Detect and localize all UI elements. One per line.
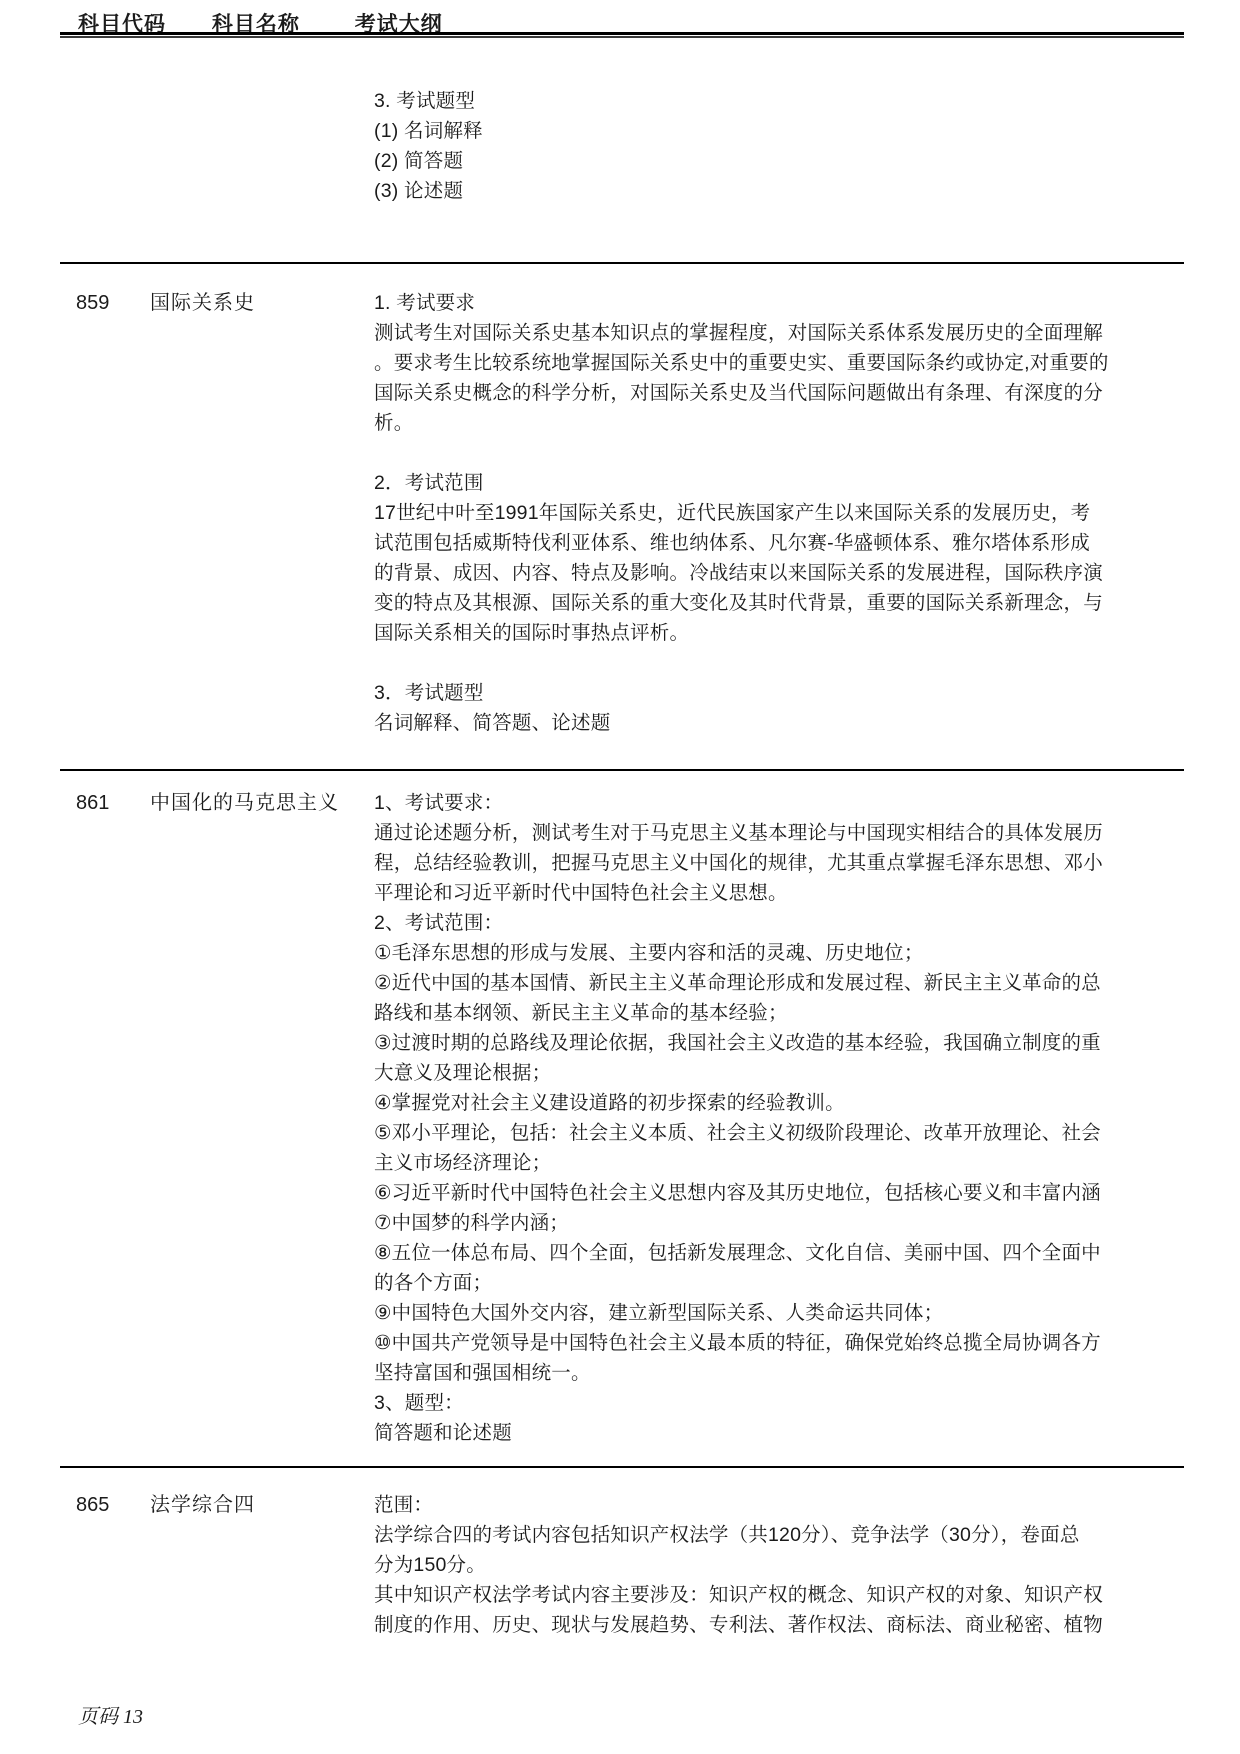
text-line: 程，总结经验教训，把握马克思主义中国化的规律，尤其重点掌握毛泽东思想、邓小 <box>374 848 1134 878</box>
section-divider <box>60 769 1184 771</box>
subject-code: 861 <box>76 788 109 818</box>
text-line: ⑩中国共产党领导是中国特色社会主义最本质的特征，确保党始终总揽全局协调各方 <box>374 1328 1134 1358</box>
text-line: 的各个方面； <box>374 1268 1134 1298</box>
text-line: ①毛泽东思想的形成与发展、主要内容和活的灵魂、历史地位； <box>374 938 1134 968</box>
text-line: (2) 简答题 <box>374 146 1134 176</box>
text-line: 通过论述题分析，测试考生对于马克思主义基本理论与中国现实相结合的具体发展历 <box>374 818 1134 848</box>
text-line: ⑨中国特色大国外交内容，建立新型国际关系、人类命运共同体； <box>374 1298 1134 1328</box>
text-line: ⑤邓小平理论，包括：社会主义本质、社会主义初级阶段理论、改革开放理论、社会 <box>374 1118 1134 1148</box>
text-line: (3) 论述题 <box>374 176 1134 206</box>
text-line: 名词解释、简答题、论述题 <box>374 708 1134 738</box>
text-line: 其中知识产权法学考试内容主要涉及：知识产权的概念、知识产权的对象、知识产权 <box>374 1580 1134 1610</box>
text-line: 平理论和习近平新时代中国特色社会主义思想。 <box>374 878 1134 908</box>
text-line: ④掌握党对社会主义建设道路的初步探索的经验教训。 <box>374 1088 1134 1118</box>
text-line <box>374 438 1134 468</box>
text-line: ⑦中国梦的科学内涵； <box>374 1208 1134 1238</box>
page-number: 页码 13 <box>78 1700 143 1729</box>
text-line: (1) 名词解释 <box>374 116 1134 146</box>
syllabus-text: 1、考试要求：通过论述题分析，测试考生对于马克思主义基本理论与中国现实相结合的具… <box>374 788 1134 1448</box>
text-line: 2、考试范围： <box>374 908 1134 938</box>
text-line: 17世纪中叶至1991年国际关系史，近代民族国家产生以来国际关系的发展历史，考 <box>374 498 1134 528</box>
subject-name: 中国化的马克思主义 <box>150 788 339 818</box>
text-line: 路线和基本纲领、新民主主义革命的基本经验； <box>374 998 1134 1028</box>
syllabus-text: 3. 考试题型(1) 名词解释(2) 简答题(3) 论述题 <box>374 86 1134 206</box>
text-line: 范围： <box>374 1490 1134 1520</box>
text-line: 1. 考试要求 <box>374 288 1134 318</box>
syllabus-text: 范围：法学综合四的考试内容包括知识产权法学（共120分）、竞争法学（30分），卷… <box>374 1490 1134 1640</box>
subject-code: 865 <box>76 1490 109 1520</box>
document-page: 科目代码 科目名称 考试大纲 3. 考试题型(1) 名词解释(2) 简答题(3)… <box>0 0 1240 1754</box>
text-line: 测试考生对国际关系史基本知识点的掌握程度，对国际关系体系发展历史的全面理解 <box>374 318 1134 348</box>
text-line: 变的特点及其根源、国际关系的重大变化及其时代背景，重要的国际关系新理念，与 <box>374 588 1134 618</box>
text-line: 大意义及理论根据； <box>374 1058 1134 1088</box>
text-line: ⑧五位一体总布局、四个全面，包括新发展理念、文化自信、美丽中国、四个全面中 <box>374 1238 1134 1268</box>
section-divider <box>60 1466 1184 1468</box>
subject-code: 859 <box>76 288 109 318</box>
text-line: 试范围包括威斯特伐利亚体系、维也纳体系、凡尔赛-华盛顿体系、雅尔塔体系形成 <box>374 528 1134 558</box>
text-line: 法学综合四的考试内容包括知识产权法学（共120分）、竞争法学（30分），卷面总 <box>374 1520 1134 1550</box>
text-line: 国际关系史概念的科学分析，对国际关系史及当代国际问题做出有条理、有深度的分 <box>374 378 1134 408</box>
subject-name: 国际关系史 <box>150 288 255 318</box>
text-line <box>374 648 1134 678</box>
text-line: 3．考试题型 <box>374 678 1134 708</box>
text-line: 分为150分。 <box>374 1550 1134 1580</box>
text-line: 坚持富国和强国相统一。 <box>374 1358 1134 1388</box>
text-line: 1、考试要求： <box>374 788 1134 818</box>
text-line: ③过渡时期的总路线及理论依据，我国社会主义改造的基本经验，我国确立制度的重 <box>374 1028 1134 1058</box>
text-line: ⑥习近平新时代中国特色社会主义思想内容及其历史地位，包括核心要义和丰富内涵 <box>374 1178 1134 1208</box>
text-line: 3、题型： <box>374 1388 1134 1418</box>
text-line: 析。 <box>374 408 1134 438</box>
text-line: 3. 考试题型 <box>374 86 1134 116</box>
text-line: 。要求考生比较系统地掌握国际关系史中的重要史实、重要国际条约或协定,对重要的 <box>374 348 1134 378</box>
text-line: 简答题和论述题 <box>374 1418 1134 1448</box>
header-rule <box>60 32 1184 36</box>
text-line: 国际关系相关的国际时事热点评析。 <box>374 618 1134 648</box>
text-line: ②近代中国的基本国情、新民主主义革命理论形成和发展过程、新民主主义革命的总 <box>374 968 1134 998</box>
text-line: 2．考试范围 <box>374 468 1134 498</box>
text-line: 的背景、成因、内容、特点及影响。冷战结束以来国际关系的发展进程，国际秩序演 <box>374 558 1134 588</box>
syllabus-text: 1. 考试要求测试考生对国际关系史基本知识点的掌握程度，对国际关系体系发展历史的… <box>374 288 1134 738</box>
subject-name: 法学综合四 <box>150 1490 255 1520</box>
text-line: 主义市场经济理论； <box>374 1148 1134 1178</box>
text-line: 制度的作用、历史、现状与发展趋势、专利法、著作权法、商标法、商业秘密、植物 <box>374 1610 1134 1640</box>
section-divider <box>60 262 1184 264</box>
